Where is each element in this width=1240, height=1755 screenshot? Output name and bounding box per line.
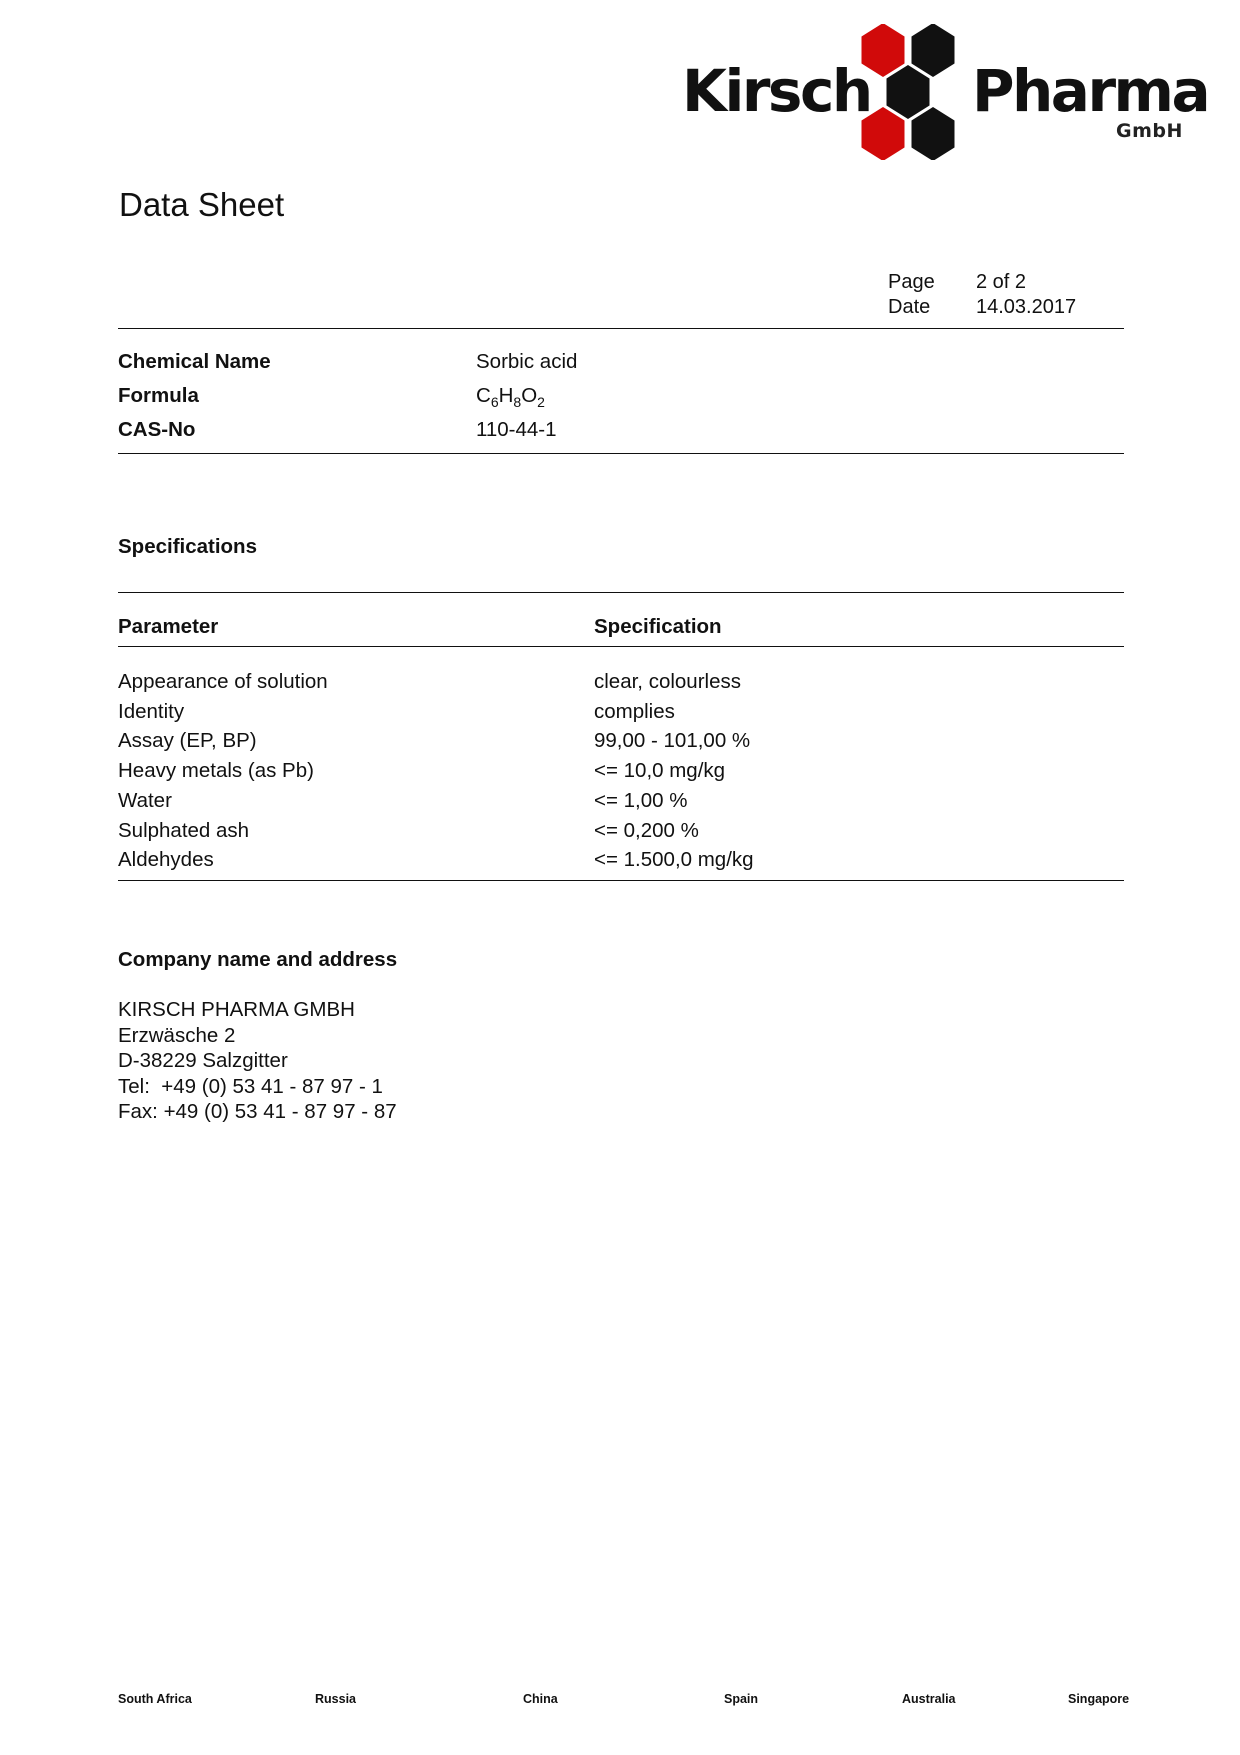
address-line: KIRSCH PHARMA GMBH [118,997,397,1023]
specification-cell: complies [594,702,675,723]
table-row: Water<= 1,00 % [0,791,1240,815]
formula-element: C [476,384,491,407]
table-row: Heavy metals (as Pb)<= 10,0 mg/kg [0,761,1240,785]
table-row: Aldehydes<= 1.500,0 mg/kg [0,850,1240,874]
chemical-name-label: Chemical Name [118,352,271,373]
formula-value: C6H8O2 [476,386,545,407]
hexagon-icon [887,65,930,119]
footer-location: Australia [902,1693,956,1706]
specification-cell: <= 0,200 % [594,821,699,842]
hexagon-cluster-logo-icon [855,24,965,160]
divider [118,646,1124,647]
table-row: Sulphated ash<= 0,200 % [0,821,1240,845]
logo-word-kirsch: Kirsch [682,62,871,120]
parameter-cell: Aldehydes [118,850,214,871]
footer-location: South Africa [118,1693,192,1706]
footer-location: China [523,1693,558,1706]
footer-location: Singapore [1068,1693,1129,1706]
hexagon-icon [862,107,905,160]
specifications-heading: Specifications [118,537,257,558]
date-label: Date [888,297,930,317]
hexagon-icon [912,107,955,160]
specification-cell: clear, colourless [594,672,741,693]
address-line: Erzwäsche 2 [118,1023,397,1049]
company-heading: Company name and address [118,950,397,971]
specification-cell: <= 1.500,0 mg/kg [594,850,754,871]
address-line: D-38229 Salzgitter [118,1048,397,1074]
divider [118,592,1124,593]
logo-word-pharma: Pharma [972,62,1208,120]
page-label: Page [888,272,935,292]
parameter-cell: Heavy metals (as Pb) [118,761,314,782]
column-header-parameter: Parameter [118,617,218,638]
specification-cell: <= 10,0 mg/kg [594,761,725,782]
hexagon-icon [862,24,905,77]
address-line: Tel: +49 (0) 53 41 - 87 97 - 1 [118,1074,397,1100]
specification-cell: 99,00 - 101,00 % [594,731,750,752]
divider [118,328,1124,329]
formula-subscript: 2 [537,394,545,410]
logo-gmbh: GmbH [1116,122,1183,141]
formula-element: O [521,384,537,407]
formula-element: H [499,384,514,407]
formula-label: Formula [118,386,199,407]
specification-cell: <= 1,00 % [594,791,687,812]
parameter-cell: Assay (EP, BP) [118,731,257,752]
company-address: KIRSCH PHARMA GMBHErzwäsche 2D-38229 Sal… [118,997,397,1125]
formula-subscript: 6 [491,394,499,410]
cas-no-value: 110-44-1 [476,420,557,441]
page-value: 2 of 2 [976,272,1026,292]
cas-no-label: CAS-No [118,420,195,441]
parameter-cell: Appearance of solution [118,672,328,693]
hexagon-icon [912,24,955,77]
parameter-cell: Identity [118,702,184,723]
date-value: 14.03.2017 [976,297,1076,317]
parameter-cell: Water [118,791,172,812]
table-row: Appearance of solutionclear, colourless [0,672,1240,696]
table-row: Assay (EP, BP)99,00 - 101,00 % [0,731,1240,755]
footer-location: Spain [724,1693,758,1706]
address-line: Fax: +49 (0) 53 41 - 87 97 - 87 [118,1099,397,1125]
table-row: Identitycomplies [0,702,1240,726]
divider [118,880,1124,881]
column-header-specification: Specification [594,617,722,638]
chemical-name-value: Sorbic acid [476,352,577,373]
divider [118,453,1124,454]
footer-location: Russia [315,1693,356,1706]
page-title: Data Sheet [119,188,284,221]
parameter-cell: Sulphated ash [118,821,249,842]
